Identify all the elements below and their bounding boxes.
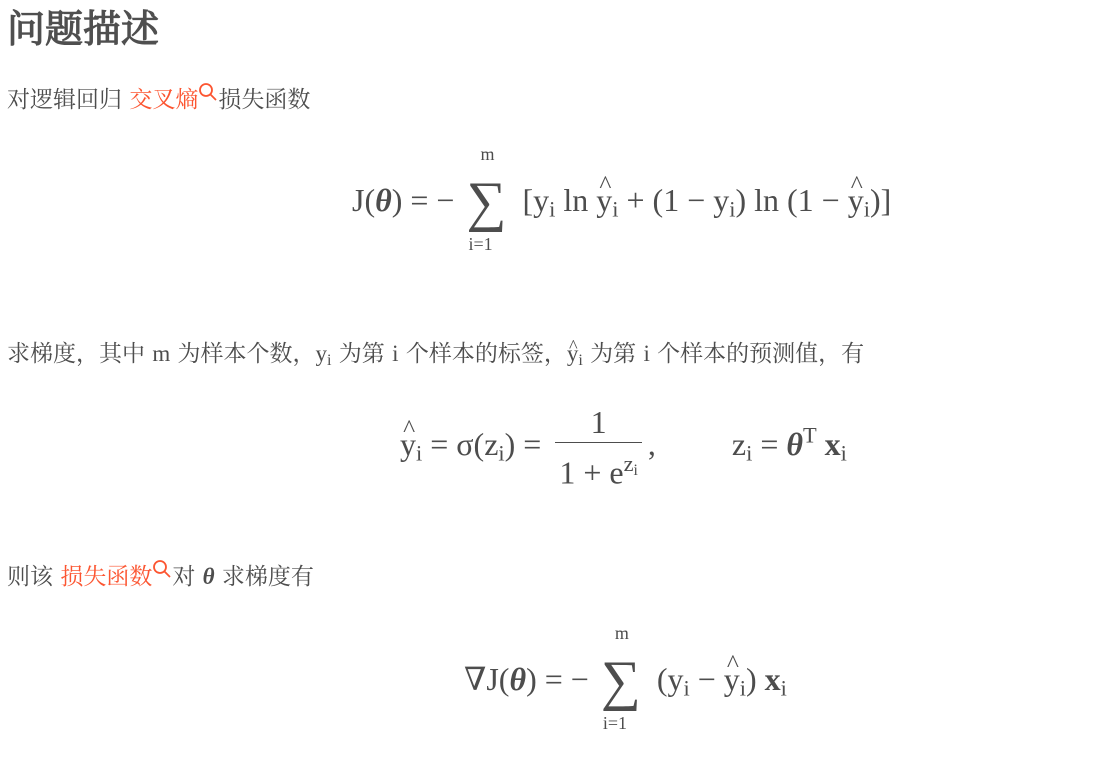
eq-symbol: θ [786,426,803,462]
eq-symbol: z [484,426,498,462]
eq-symbol: + [583,454,601,490]
eq-symbol: σ [456,426,473,462]
eq-symbol: = [760,426,778,462]
eq-symbol: y [713,182,729,218]
eq-symbol: i [864,197,870,222]
intro-text: 对逻辑回归 [7,87,129,113]
math-yhat: y [567,338,579,370]
page-title: 问题描述 [7,4,159,54]
text: 为第 [583,341,644,367]
gradient-paragraph: 则该 损失函数对 θ 求梯度有 [7,561,314,593]
sigma-symbol: ∑ [466,172,506,232]
loss-equation: J(θ) = − m ∑ i=1 [yi ln yi + (1 − yi) ln… [352,182,891,224]
sum-lower: i=1 [603,713,627,734]
eq-symbol: − [687,182,705,218]
loss-function-link[interactable]: 损失函数 [60,564,172,590]
search-icon [152,559,172,579]
eq-symbol: y [596,182,612,219]
eq-symbol: = [430,426,448,462]
loss-function-link-label: 损失函数 [60,564,152,590]
gradient-intro-paragraph: 求梯度，其中 m 为样本个数，yi 为第 i 个样本的标签，yi 为第 i 个样… [7,338,864,377]
summation: m ∑ i=1 [601,663,653,703]
eq-symbol: i [740,676,746,701]
denominator: 1 + ezi [555,443,642,493]
gradient-equation: ∇J(θ) = − m ∑ i=1 (yi − yi) xi [464,660,787,703]
eq-symbol: y [724,661,740,698]
eq-symbol: + [626,182,644,218]
sum-lower: i=1 [468,234,492,255]
eq-symbol: − [571,661,589,697]
eq-symbol: y [400,426,416,463]
eq-symbol: i [549,197,555,222]
eq-symbol: ln [563,182,588,218]
eq-symbol: i [634,462,638,479]
text: 求梯度有 [215,564,314,590]
fraction: 1 1 + ezi [555,402,642,493]
intro-paragraph: 对逻辑回归 交叉熵损失函数 [7,84,310,116]
eq-symbol: z [624,451,634,476]
eq-symbol: e [609,454,623,490]
eq-symbol: i [683,676,689,701]
eq-symbol: i [612,197,618,222]
text: 为第 [332,341,393,367]
text: 个样本的标签， [399,341,567,367]
text: 求梯度，其中 [7,341,152,367]
eq-symbol: − [436,182,454,218]
eq-symbol: i [416,441,422,466]
eq-symbol: 1 [663,182,679,218]
text: 对 [172,564,202,590]
summation: m ∑ i=1 [466,184,518,224]
eq-symbol: T [803,423,817,448]
eq-symbol: y [848,182,864,219]
sigmoid-equation: yi = σ(zi) = 1 1 + ezi , zi = θT xi [400,402,847,493]
sigma-symbol: ∑ [601,651,641,711]
search-icon [198,82,218,102]
eq-symbol: 1 [798,182,814,218]
eq-symbol: y [533,182,549,218]
eq-symbol: = [410,182,428,218]
eq-symbol: , [648,426,656,462]
eq-symbol: = [545,661,563,697]
eq-symbol: = [523,426,541,462]
eq-symbol: z [732,426,746,462]
eq-symbol: θ [375,182,392,218]
sum-upper: m [615,623,629,644]
eq-symbol: − [822,182,840,218]
intro-text-after: 损失函数 [218,87,310,113]
exponent: zi [624,451,638,476]
text: 则该 [7,564,60,590]
numerator: 1 [555,402,642,443]
eq-symbol: J [352,182,364,218]
eq-symbol: 1 [559,454,575,490]
nabla-symbol: ∇ [464,661,486,697]
cross-entropy-link-label: 交叉熵 [129,87,198,113]
eq-symbol: y [667,661,683,697]
eq-symbol: i [781,676,787,701]
eq-symbol: ] [881,182,892,218]
text: 为样本个数， [170,341,315,367]
eq-symbol: i [498,441,504,466]
eq-symbol: x [825,426,841,462]
eq-symbol: − [698,661,716,697]
eq-symbol: [ [522,182,533,218]
eq-symbol: ln [754,182,779,218]
math-m: m [152,341,170,366]
eq-symbol: x [765,661,781,697]
text: 个样本的预测值，有 [650,341,864,367]
math-y: y [316,341,328,366]
eq-symbol: i [729,197,735,222]
eq-symbol: θ [509,661,526,697]
eq-symbol: J [486,661,498,697]
cross-entropy-link[interactable]: 交叉熵 [129,87,218,113]
eq-symbol: i [841,441,847,466]
math-theta: θ [203,564,215,589]
sum-upper: m [480,144,494,165]
eq-symbol: i [746,441,752,466]
